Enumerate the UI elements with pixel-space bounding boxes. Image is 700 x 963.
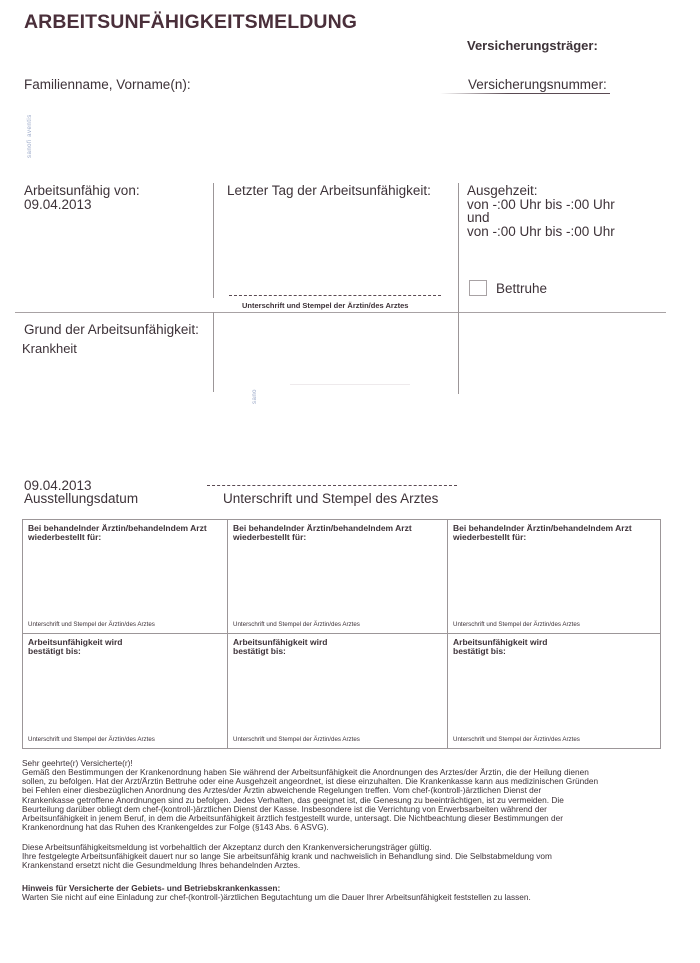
reason-label: Grund der Arbeitsunfähigkeit: <box>24 323 199 337</box>
signature-caption: Unterschrift und Stempel der Ärztin/des … <box>453 736 580 743</box>
doctor-signature-label: Unterschrift und Stempel des Arztes <box>223 492 438 506</box>
confirmation-cell-3[interactable]: Arbeitsunfähigkeit wirdbestätigt bis: Un… <box>448 634 660 748</box>
followup-grid: Bei behandelnder Ärztin/behandelndem Arz… <box>22 519 661 749</box>
outing-line-2: von -:00 Uhr bis -:00 Uhr <box>467 225 615 238</box>
signature-caption: Unterschrift und Stempel der Ärztin/des … <box>28 736 155 743</box>
signature-caption: Unterschrift und Stempel der Ärztin/des … <box>28 621 155 628</box>
last-day-label: Letzter Tag der Arbeitsunfähigkeit: <box>227 184 431 198</box>
outing-label: Ausgehzeit: <box>467 184 538 197</box>
bed-rest-label: Bettruhe <box>496 282 547 296</box>
confirmation-heading: Arbeitsunfähigkeit wirdbestätigt bis: <box>28 638 122 656</box>
unfit-from-label: Arbeitsunfähig von: <box>24 184 140 198</box>
signature-caption: Unterschrift und Stempel der Ärztin/des … <box>233 621 360 628</box>
doctor-signature-line <box>207 485 457 486</box>
confirmation-cell-2[interactable]: Arbeitsunfähigkeit wirdbestätigt bis: Un… <box>228 634 448 748</box>
reason-value: Krankheit <box>22 342 77 356</box>
document-title: ARBEITSUNFÄHIGKEITSMELDUNG <box>24 11 357 34</box>
notice-paragraph-2: Diese Arbeitsunfähigkeitsmeldung ist vor… <box>22 843 552 871</box>
last-day-signature-line <box>229 295 441 296</box>
unfit-from-value: 09.04.2013 <box>24 198 92 212</box>
insurance-number-label: Versicherungsnummer: <box>468 77 607 92</box>
reappointment-cell-2[interactable]: Bei behandelnder Ärztin/behandelndem Arz… <box>228 520 448 634</box>
divider-horizontal-1 <box>15 312 666 313</box>
divider-vertical-2 <box>458 183 459 318</box>
outing-and: und <box>467 211 490 224</box>
confirmation-heading: Arbeitsunfähigkeit wirdbestätigt bis: <box>453 638 547 656</box>
reappointment-heading: Bei behandelnder Ärztin/behandelndem Arz… <box>28 524 207 542</box>
notice-paragraph-1: Gemäß den Bestimmungen der Krankenordnun… <box>22 768 598 832</box>
name-label: Familienname, Vorname(n): <box>24 77 191 92</box>
reappointment-heading: Bei behandelnder Ärztin/behandelndem Arz… <box>453 524 632 542</box>
insurer-label: Versicherungsträger: <box>467 38 598 53</box>
bed-rest-checkbox[interactable] <box>469 280 487 296</box>
divider-vertical-3 <box>213 312 214 392</box>
faint-line <box>290 384 410 385</box>
watermark-sano: sano <box>252 389 258 404</box>
divider-vertical-4 <box>458 312 459 394</box>
confirmation-cell-1[interactable]: Arbeitsunfähigkeit wirdbestätigt bis: Un… <box>23 634 228 748</box>
insurance-number-underline <box>440 93 610 94</box>
issue-date-label: Ausstellungsdatum <box>24 492 138 506</box>
last-day-signature-label: Unterschrift und Stempel der Ärztin/des … <box>242 301 408 310</box>
reappointment-cell-1[interactable]: Bei behandelnder Ärztin/behandelndem Arz… <box>23 520 228 634</box>
signature-caption: Unterschrift und Stempel der Ärztin/des … <box>453 621 580 628</box>
signature-caption: Unterschrift und Stempel der Ärztin/des … <box>233 736 360 743</box>
watermark-sanofi: sanofi aventis <box>27 114 33 158</box>
notice-hint-text: Warten Sie nicht auf eine Einladung zur … <box>22 893 531 902</box>
divider-vertical-1 <box>213 183 214 298</box>
reappointment-cell-3[interactable]: Bei behandelnder Ärztin/behandelndem Arz… <box>448 520 660 634</box>
confirmation-heading: Arbeitsunfähigkeit wirdbestätigt bis: <box>233 638 327 656</box>
reappointment-heading: Bei behandelnder Ärztin/behandelndem Arz… <box>233 524 412 542</box>
